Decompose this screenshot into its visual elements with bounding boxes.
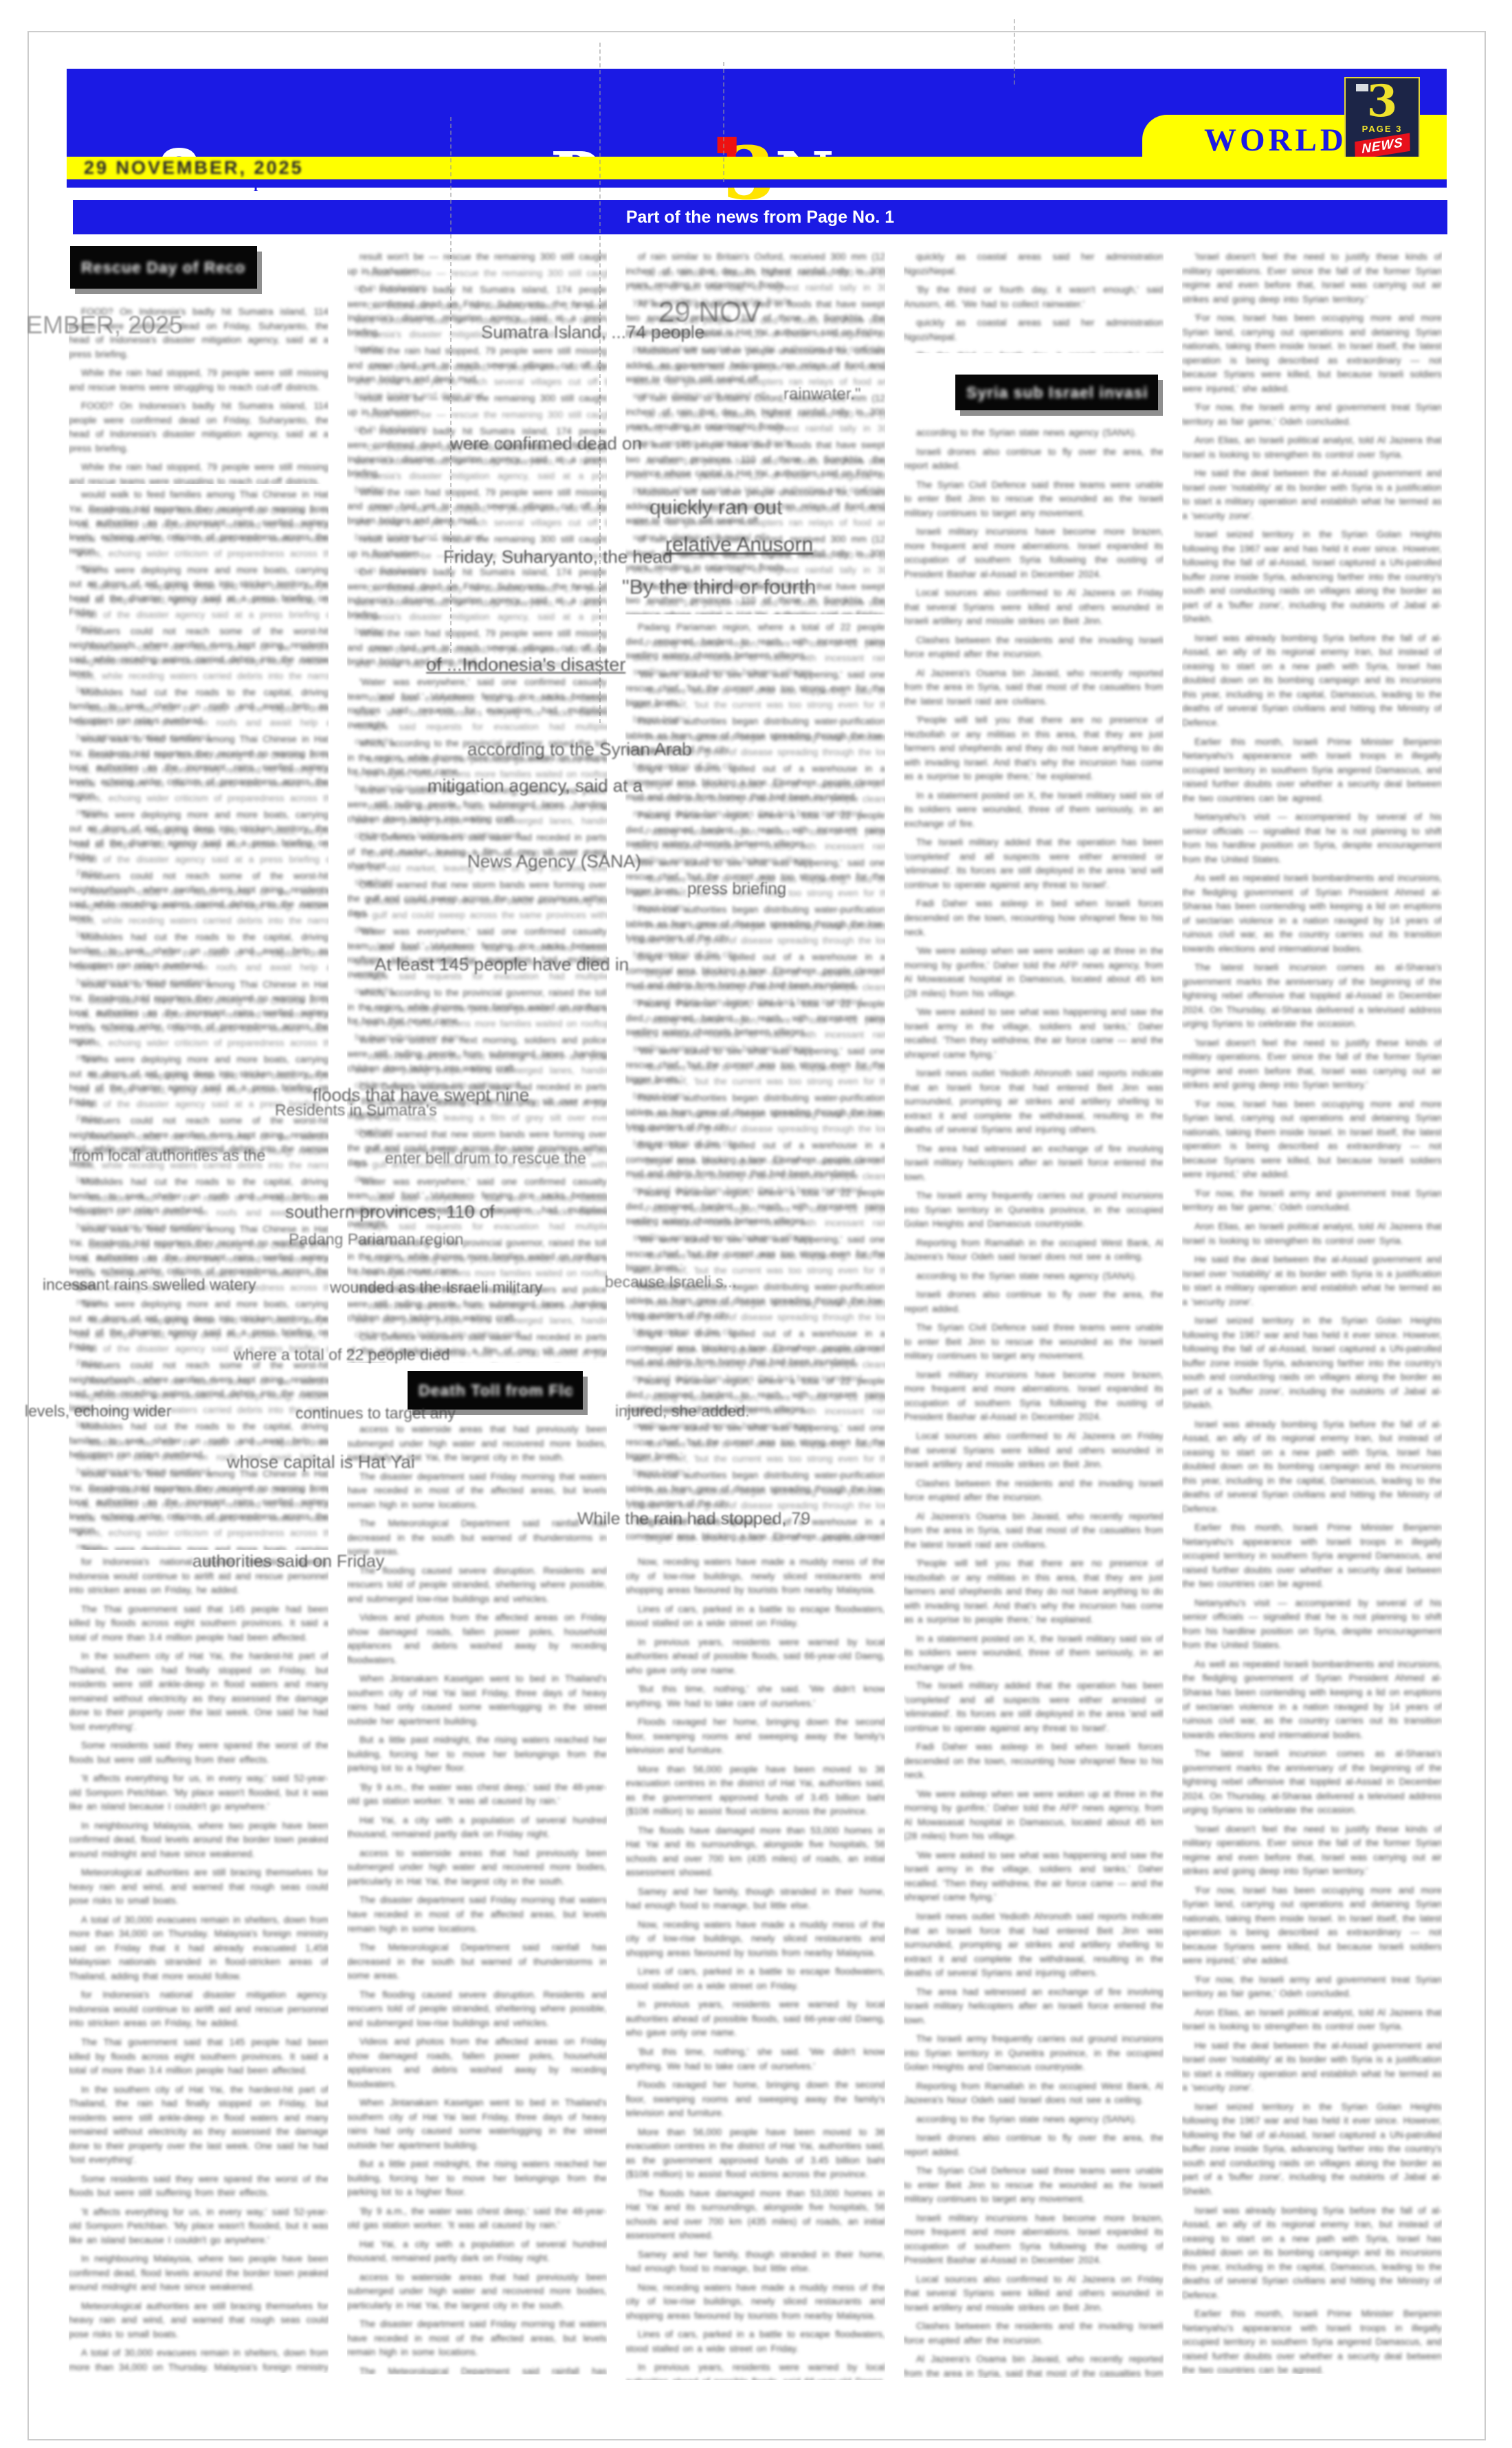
ghost-text-fragment: wounded as the Israeli military [330,1278,542,1297]
ghost-text-fragment: While the rain had stopped, 79 [577,1509,810,1529]
blurred-text-block: would walk to feed families among Thai C… [69,488,329,1550]
ghost-text-fragment: Friday, Suharyanto, the head [443,546,672,568]
blurred-text-block: access to waterside areas that had previ… [347,1423,607,2374]
logo-box-news-ribbon: NEWS [1355,133,1410,159]
issue-date: 29 NOVEMBER, 2025 [84,157,304,179]
blurred-paragraphs: quickly as coastal areas said her admini… [904,250,1164,353]
headline-bar-title: Death Toll from Floods ... [419,1381,572,1400]
ghost-text-fragment: relative Anusorn [665,533,813,557]
ghost-text-fragment: Padang Pariaman region [289,1230,463,1249]
ghost-text-fragment: continues to target any [296,1404,456,1423]
headline-bar: Rescue Day of Recovery ... [70,246,257,289]
ghost-print-layer: would walk to feed families among Thai C… [76,504,329,1550]
ghost-text-fragment: authorities said on Friday [192,1552,384,1572]
ghost-text-fragment: incessant rains swelled watery [43,1276,256,1294]
ghost-text-fragment: because Israeli s... [605,1273,737,1291]
headline-bar-title: Syria sub Israel invasion .. [966,383,1147,402]
continued-news-bar: Part of the news from Page No. 1 [73,200,1447,234]
blurred-text-block: according to the Syrian state news agenc… [904,426,1164,2378]
ghost-text-fragment: of ...Indonesia's disaster [426,654,625,676]
divider-strip [67,179,1447,188]
blurred-paragraphs: access to waterside areas that had previ… [347,1423,607,2374]
ghost-text-fragment: EMBER, 2025 [26,311,183,340]
logo-box-notch-icon [1356,84,1368,91]
ghost-text-fragment: "By the third or fourth [622,576,816,599]
ghost-text-fragment: whose capital is Hat Yai [227,1451,415,1473]
scan-artifact-line [1014,19,1015,85]
blurred-paragraphs: according to the Syrian state news agenc… [904,426,1164,2378]
logo-box-digit: 3 [1367,81,1398,123]
logo-red-flag-icon [718,137,737,153]
blurred-text-block: quickly as coastal areas said her admini… [904,250,1164,353]
blurred-text-block: result won't be — rescue the remaining 3… [347,250,607,669]
ghost-text-fragment: Sumatra Island, ...74 people [481,322,704,343]
continued-news-note: Part of the news from Page No. 1 [626,208,894,227]
ghost-text-fragment: enter bell drum to rescue the [385,1149,586,1168]
blurred-paragraphs: Now, receding waters have made a muddy m… [625,1555,885,2380]
newspaper-page: 2 f page3news www.page3newsthai.com Page… [0,0,1512,2448]
ghost-text-fragment: injured, she added. [615,1402,750,1421]
section-label: WORLD [1204,122,1347,159]
blurred-text-block: 'Israel doesn't feel the need to justify… [1182,250,1442,2374]
ghost-text-fragment: rainwater." [783,385,861,404]
ghost-text-fragment: News Agency (SANA) [467,851,641,872]
ghost-text-fragment: where a total of 22 people died [234,1346,450,1364]
headline-bar: Syria sub Israel invasion .. [955,375,1158,410]
scan-artifact-line [723,62,724,182]
blurred-paragraphs: for Indonesia's national disaster mitiga… [69,1555,329,2373]
blurred-text-block: for Indonesia's national disaster mitiga… [69,1555,329,2373]
date-strip: 29 NOVEMBER, 2025 [67,157,1447,179]
ghost-text-fragment: from local authorities as the [72,1146,265,1165]
ghost-text-fragment: mitigation agency, said at a [427,775,643,797]
headline-bar-title: Rescue Day of Recovery ... [81,258,246,277]
ghost-text-fragment: were confirmed dead on [450,433,642,454]
news-column-1: Rescue Day of Recovery ...FOOD? On Indon… [69,246,329,2380]
ghost-text-fragment: southern provinces, 110 of [285,1201,494,1223]
ghost-text-fragment: levels, echoing wider [25,1402,172,1421]
ghost-text-fragment: press briefing [687,880,786,899]
ghost-text-fragment: Residents in Sumatra's [275,1101,437,1120]
ghost-text-fragment: according to the Syrian Arab [467,739,692,760]
blurred-text-block: Now, receding waters have made a muddy m… [625,1555,885,2380]
news-column-5: 'Israel doesn't feel the need to justify… [1182,246,1442,2380]
ghost-text-fragment: At least 145 people have died in [375,954,629,975]
blurred-paragraphs: 'Israel doesn't feel the need to justify… [1182,250,1442,2374]
ghost-text-fragment: quickly ran out [649,496,782,520]
article-body: Rescue Day of Recovery ...FOOD? On Indon… [0,246,1512,2383]
news-column-4: quickly as coastal areas said her admini… [904,246,1164,2380]
